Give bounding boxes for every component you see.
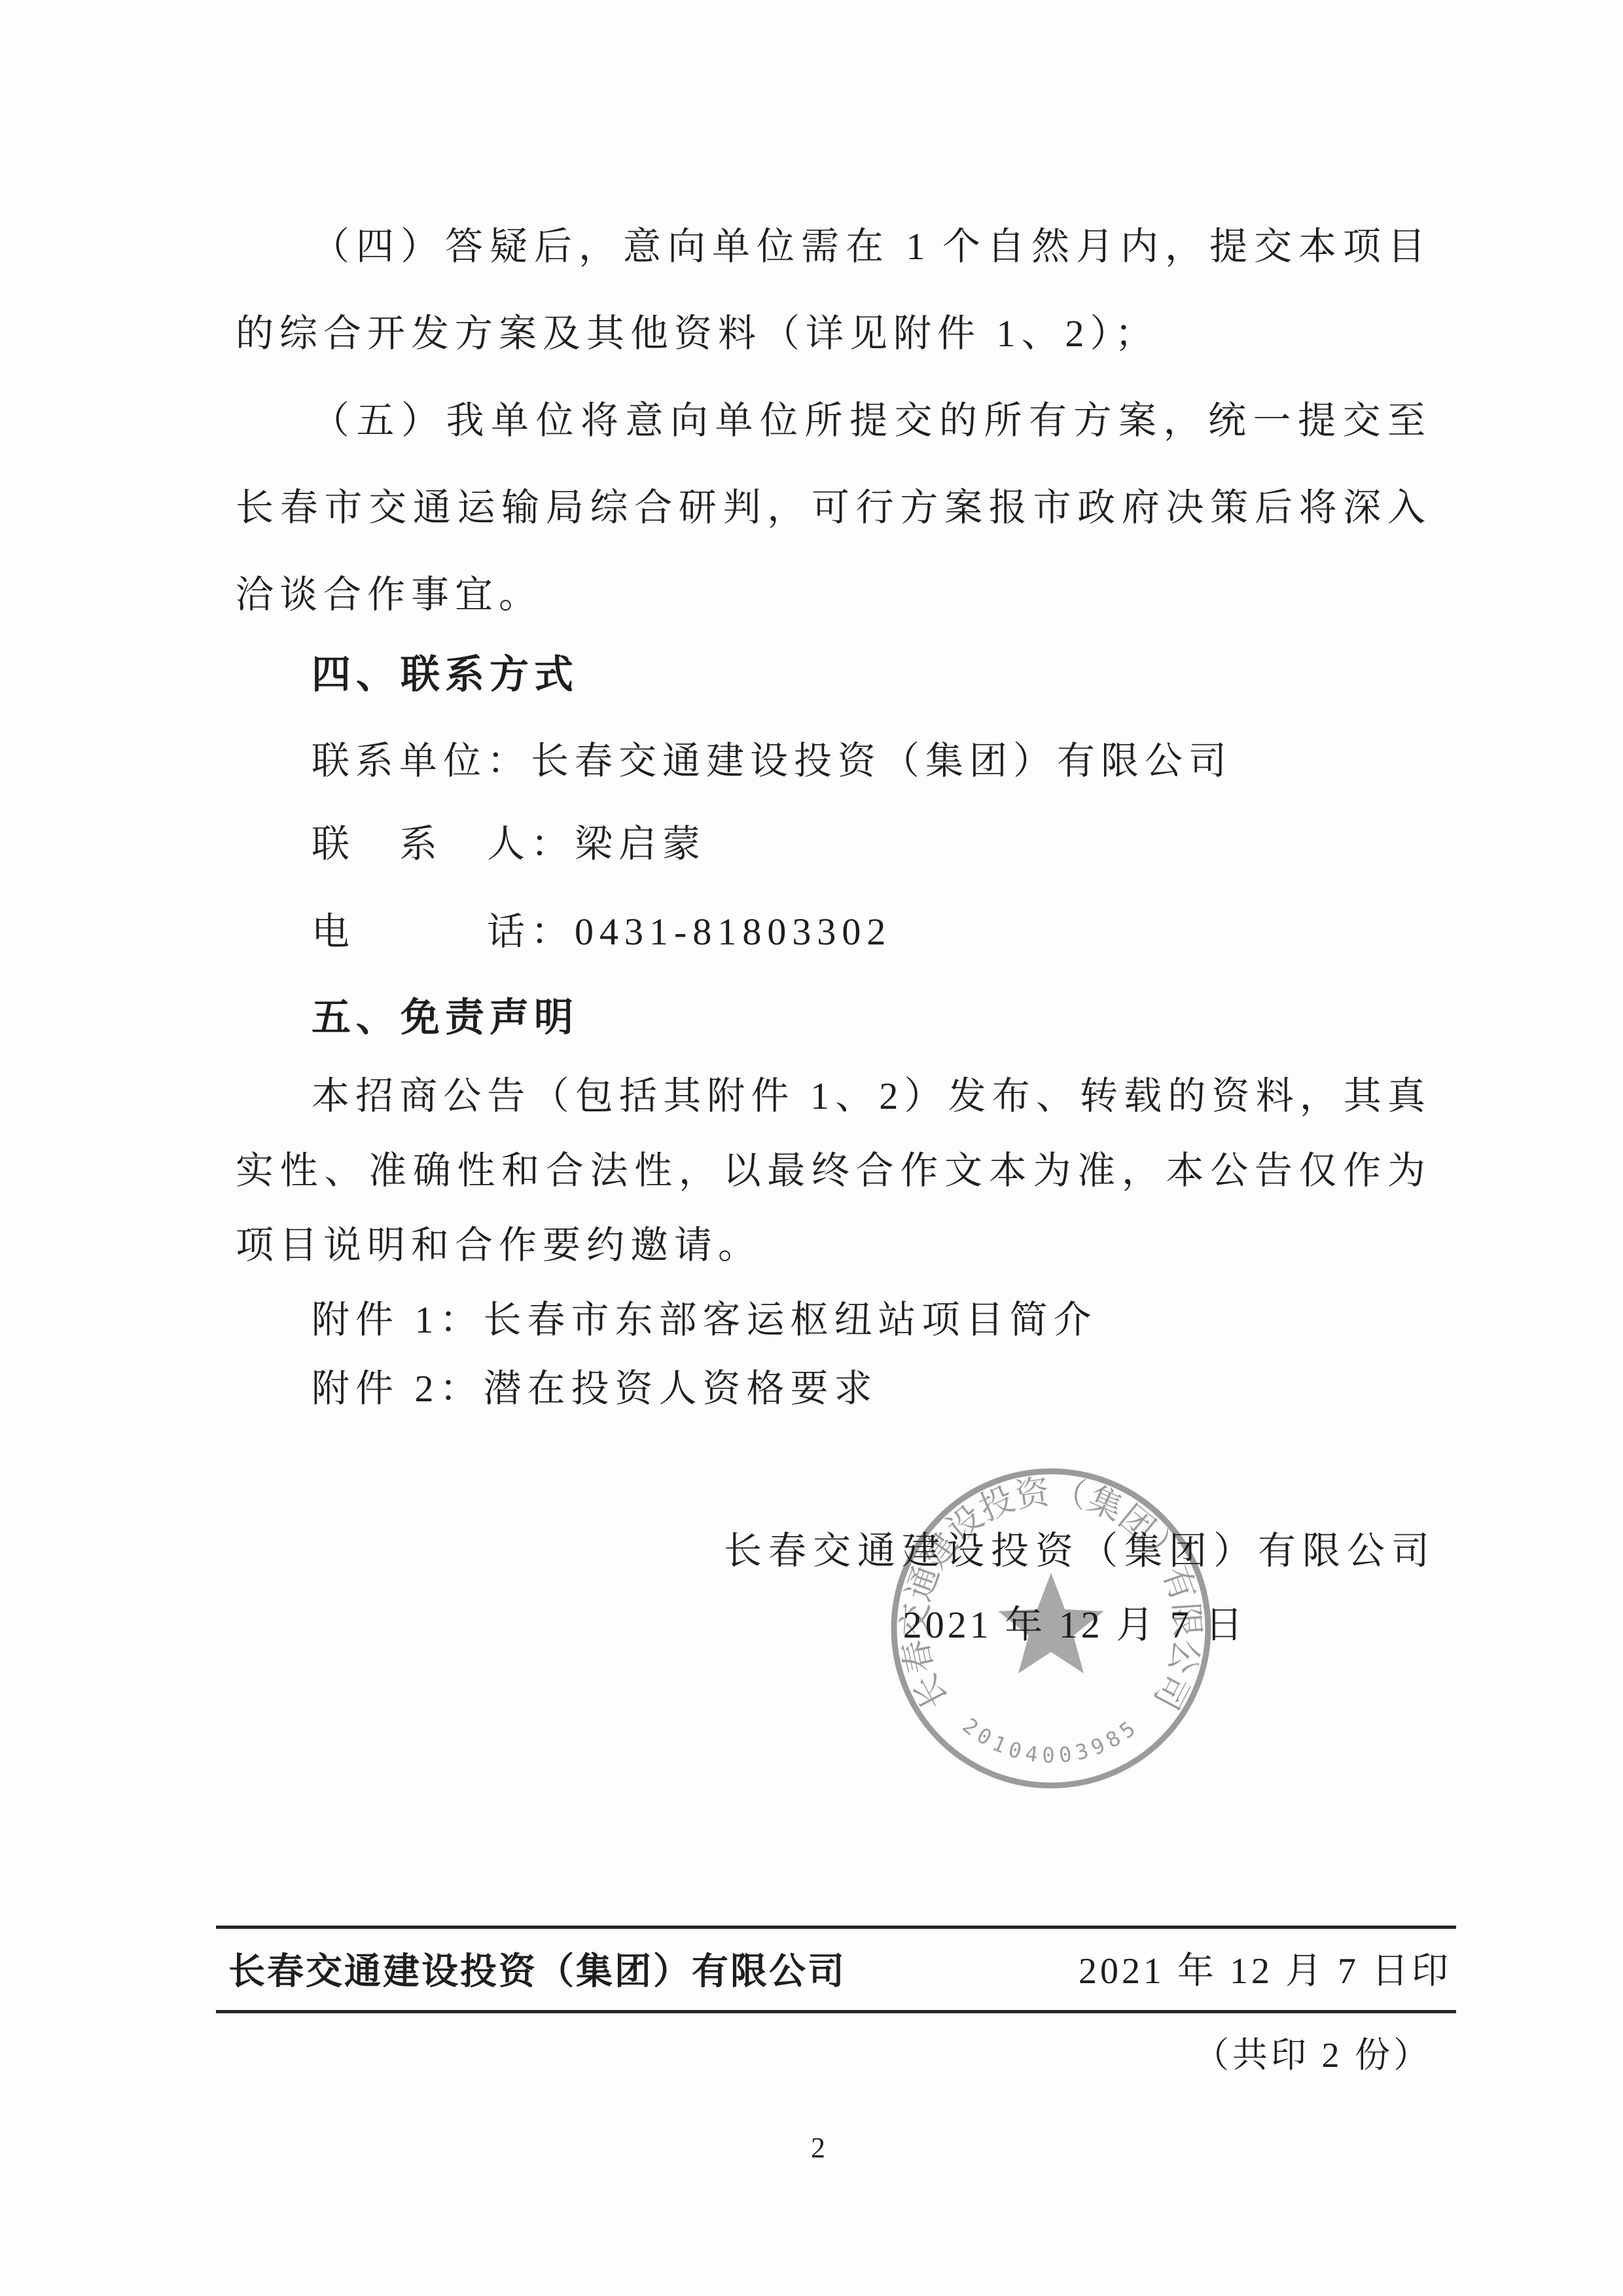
disclaimer-line3: 项目说明和合作要约邀请。 [236, 1218, 1427, 1273]
contact-phone-line: 电 话：0431-81803302 [312, 905, 1427, 960]
signature-date: 2021 年 12 月 7 日 [813, 1598, 1336, 1653]
footer-copies-note: （共印 2 份） [1194, 2029, 1432, 2081]
para5-line1: （五）我单位将意向单位所提交的所有方案，统一提交至 [236, 393, 1427, 448]
signature-company: 长春交通建设投资（集团）有限公司 [654, 1524, 1436, 1579]
footer-rule-bottom [216, 2010, 1456, 2013]
contact-person-line: 联 系 人：梁启蒙 [312, 817, 1427, 872]
disclaimer-line1: 本招商公告（包括其附件 1、2）发布、转载的资料，其真 [236, 1069, 1427, 1124]
document-page: （四）答疑后，意向单位需在 1 个自然月内，提交本项目 的综合开发方案及其他资料… [0, 0, 1623, 2296]
para4-line1: （四）答疑后，意向单位需在 1 个自然月内，提交本项目 [236, 219, 1427, 274]
para5-line3: 洽谈合作事宜。 [236, 567, 1427, 622]
para5-line2: 长春市交通运输局综合研判，可行方案报市政府决策后将深入 [236, 480, 1427, 535]
attachment2-line: 附件 2：潜在投资人资格要求 [312, 1361, 1427, 1416]
disclaimer-line2: 实性、准确性和合法性，以最终合作文本为准，本公告仅作为 [236, 1143, 1427, 1198]
section4-heading: 四、联系方式 [312, 647, 1427, 702]
para4-line2: 的综合开发方案及其他资料（详见附件 1、2）； [236, 306, 1427, 361]
attachment1-line: 附件 1：长春市东部客运枢纽站项目简介 [312, 1293, 1427, 1348]
contact-unit-line: 联系单位：长春交通建设投资（集团）有限公司 [312, 734, 1427, 789]
footer-company: 长春交通建设投资（集团）有限公司 [228, 1944, 846, 1999]
footer-rule-top [216, 1926, 1456, 1929]
page-number: 2 [753, 2128, 883, 2168]
section5-heading: 五、免责声明 [312, 990, 1427, 1045]
footer-print-date: 2021 年 12 月 7 日印 [1079, 1944, 1452, 1999]
